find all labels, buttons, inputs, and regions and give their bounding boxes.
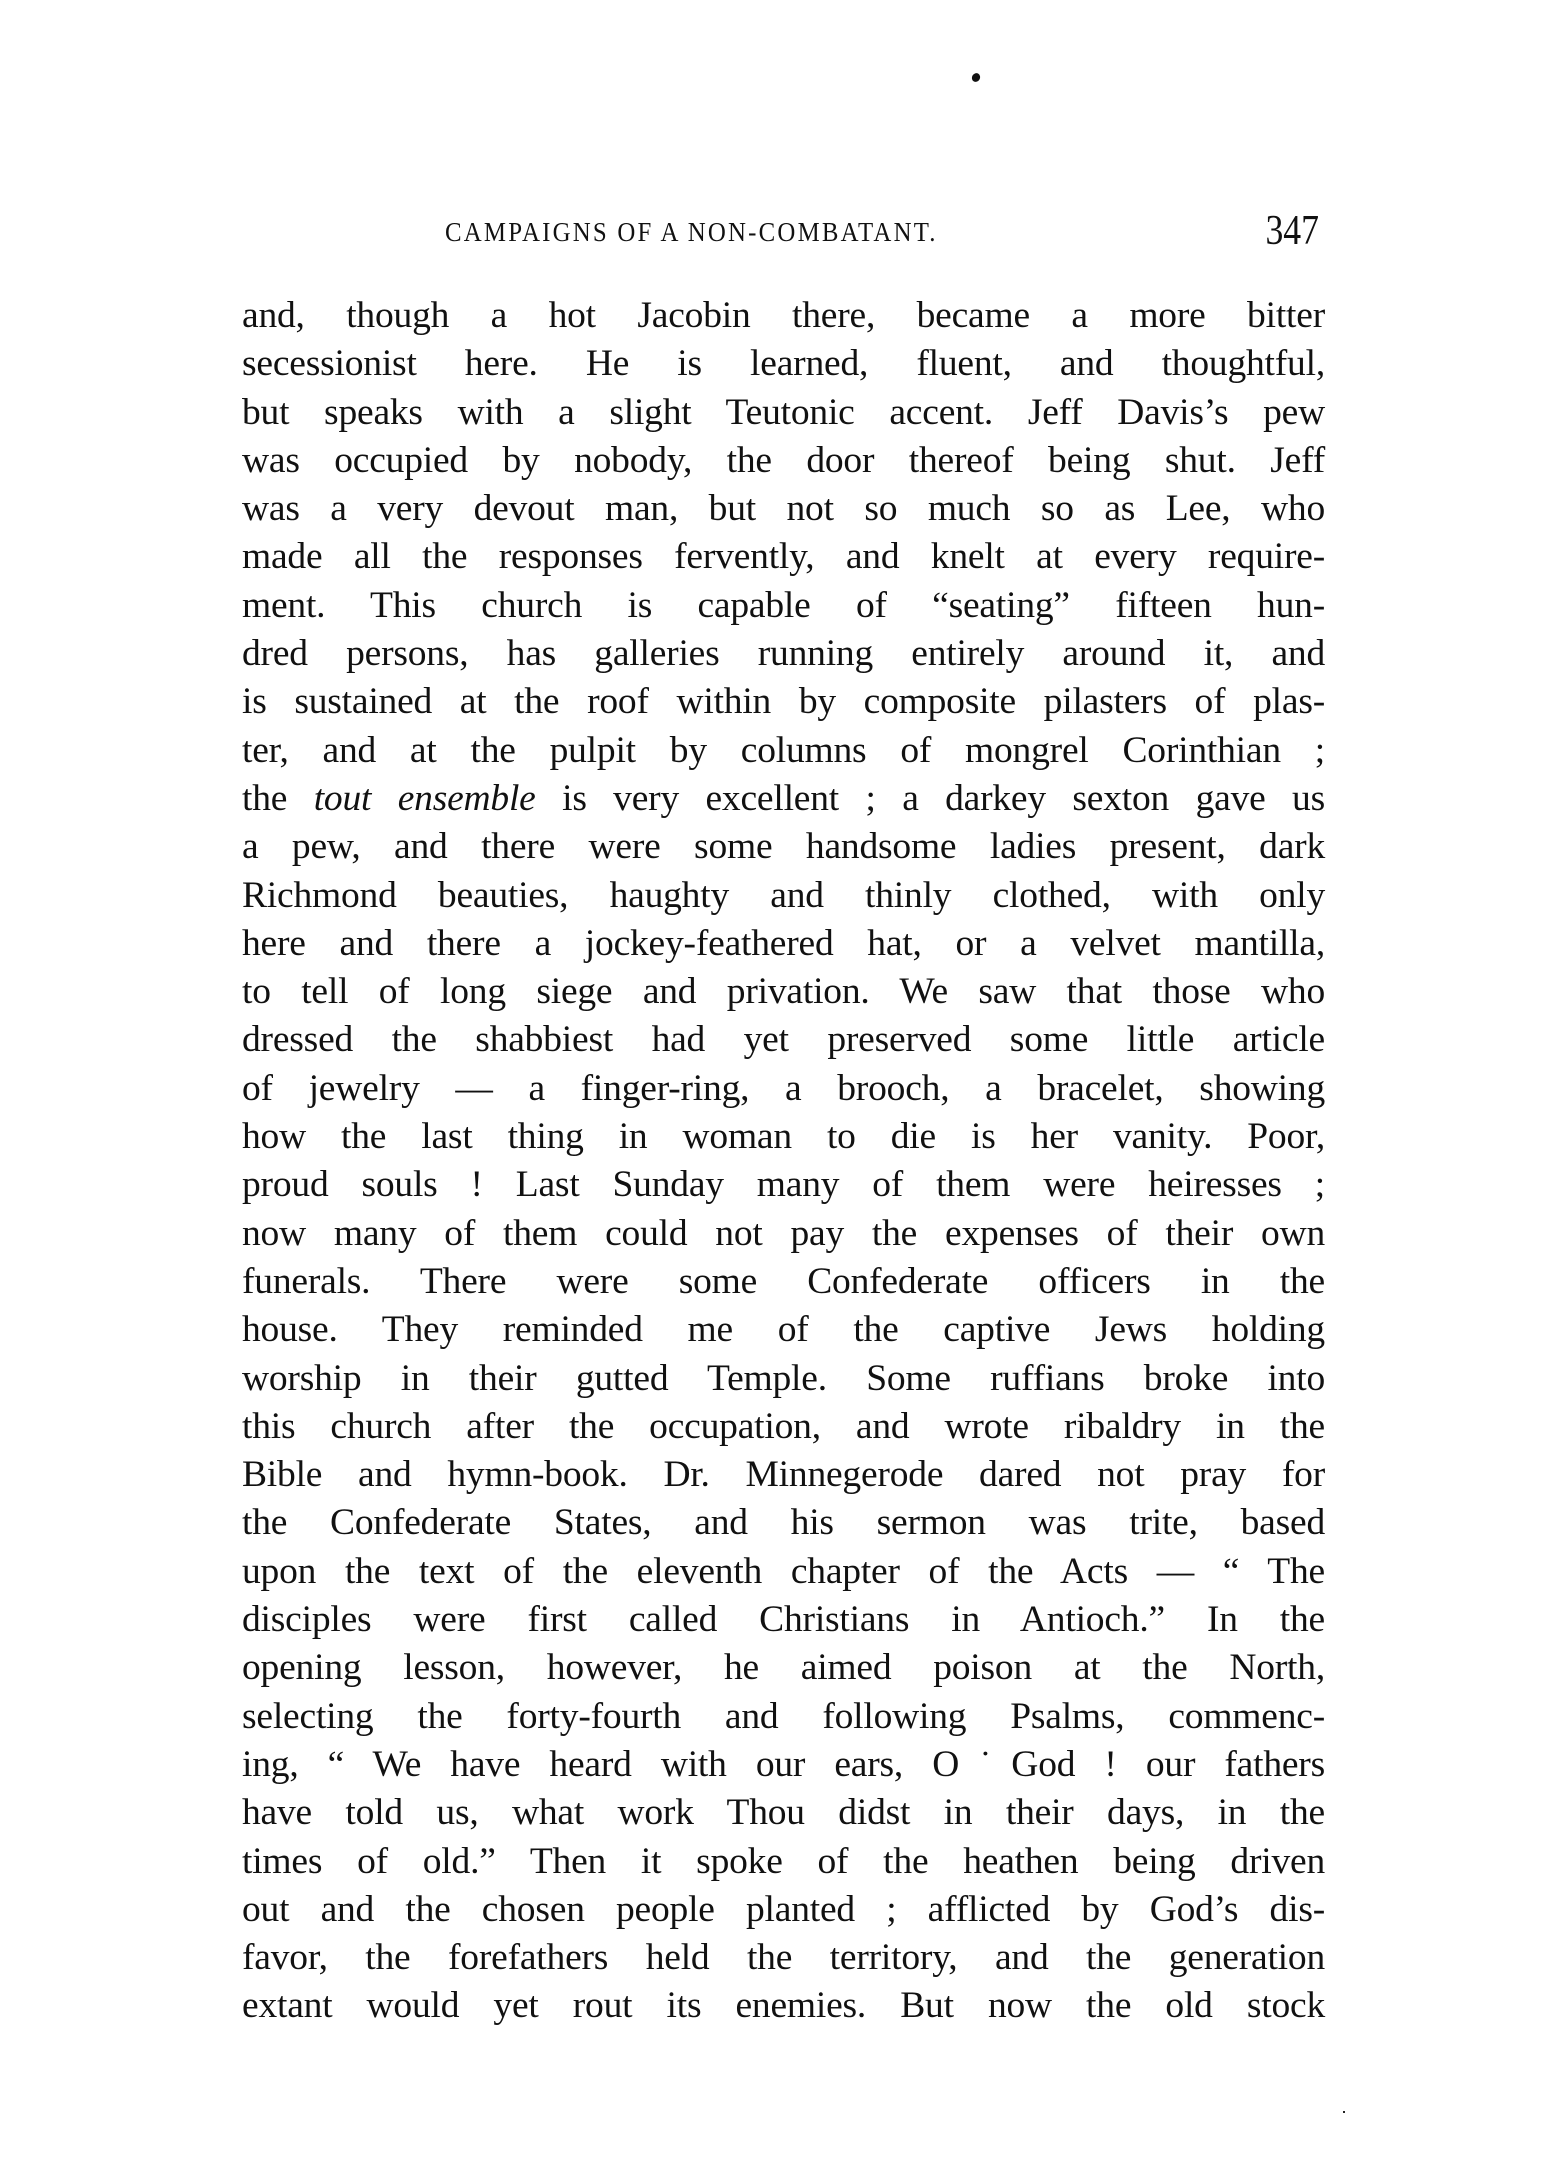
- text-line: was a very devout man, but not so much s…: [242, 485, 1325, 533]
- text-line: was occupied by nobody, the door thereof…: [242, 437, 1325, 485]
- text-line: here and there a jockey-feathered hat, o…: [242, 920, 1325, 968]
- book-page: Campaigns of a Non-Combatant. 347 and, t…: [0, 0, 1551, 2179]
- text-line: but speaks with a slight Teutonic accent…: [242, 389, 1325, 437]
- text-line: made all the responses fervently, and kn…: [242, 533, 1325, 581]
- text-line: times of old.” Then it spoke of the heat…: [242, 1838, 1325, 1886]
- text-line: ter, and at the pulpit by columns of mon…: [242, 727, 1325, 775]
- text-line: ing, “ We have heard with our ears, O˙Go…: [242, 1741, 1325, 1789]
- text-line: to tell of long siege and privation. We …: [242, 968, 1325, 1016]
- text-line: ment. This church is capable of “seating…: [242, 582, 1325, 630]
- text-line: how the last thing in woman to die is he…: [242, 1113, 1325, 1161]
- running-title: Campaigns of a Non-Combatant.: [445, 217, 938, 247]
- text-line: worship in their gutted Temple. Some ruf…: [242, 1355, 1325, 1403]
- text-line: favor, the forefathers held the territor…: [242, 1934, 1325, 1982]
- italic-phrase: tout ensemble: [314, 778, 536, 819]
- text-line: a pew, and there were some handsome ladi…: [242, 823, 1325, 871]
- text-line: the Confederate States, and his sermon w…: [242, 1499, 1325, 1547]
- text-line: out and the chosen people planted ; affl…: [242, 1886, 1325, 1934]
- text-line: secessionist here. He is learned, fluent…: [242, 340, 1325, 388]
- text-line-with-italic: the tout ensemble is very excellent ; a …: [242, 775, 1325, 823]
- text-line: funerals. There were some Confederate of…: [242, 1258, 1325, 1306]
- text-line: now many of them could not pay the expen…: [242, 1210, 1325, 1258]
- scan-mark-speck: [1343, 2111, 1345, 2113]
- text-line: and, though a hot Jacobin there, became …: [242, 292, 1325, 340]
- body-text: and, though a hot Jacobin there, became …: [242, 292, 1325, 2031]
- text-line: selecting the forty-fourth and following…: [242, 1693, 1325, 1741]
- text-line: Bible and hymn-book. Dr. Minnegerode dar…: [242, 1451, 1325, 1499]
- text-line: proud souls ! Last Sunday many of them w…: [242, 1161, 1325, 1209]
- text-line: have told us, what work Thou didst in th…: [242, 1789, 1325, 1837]
- text-line: is sustained at the roof within by compo…: [242, 678, 1325, 726]
- text-line: extant would yet rout its enemies. But n…: [242, 1982, 1325, 2030]
- text-line: disciples were first called Christians i…: [242, 1596, 1325, 1644]
- text-line: this church after the occupation, and wr…: [242, 1403, 1325, 1451]
- text-line: dressed the shabbiest had yet preserved …: [242, 1016, 1325, 1064]
- running-header: Campaigns of a Non-Combatant. 347: [242, 205, 1325, 255]
- text-line: dred persons, has galleries running enti…: [242, 630, 1325, 678]
- text-line: opening lesson, however, he aimed poison…: [242, 1644, 1325, 1692]
- text-line: house. They reminded me of the captive J…: [242, 1306, 1325, 1354]
- page-number: 347: [1265, 209, 1319, 253]
- text-line: upon the text of the eleventh chapter of…: [242, 1548, 1325, 1596]
- scan-mark-dot: [970, 72, 981, 84]
- text-line: of jewelry — a finger-ring, a brooch, a …: [242, 1065, 1325, 1113]
- text-line: Richmond beauties, haughty and thinly cl…: [242, 872, 1325, 920]
